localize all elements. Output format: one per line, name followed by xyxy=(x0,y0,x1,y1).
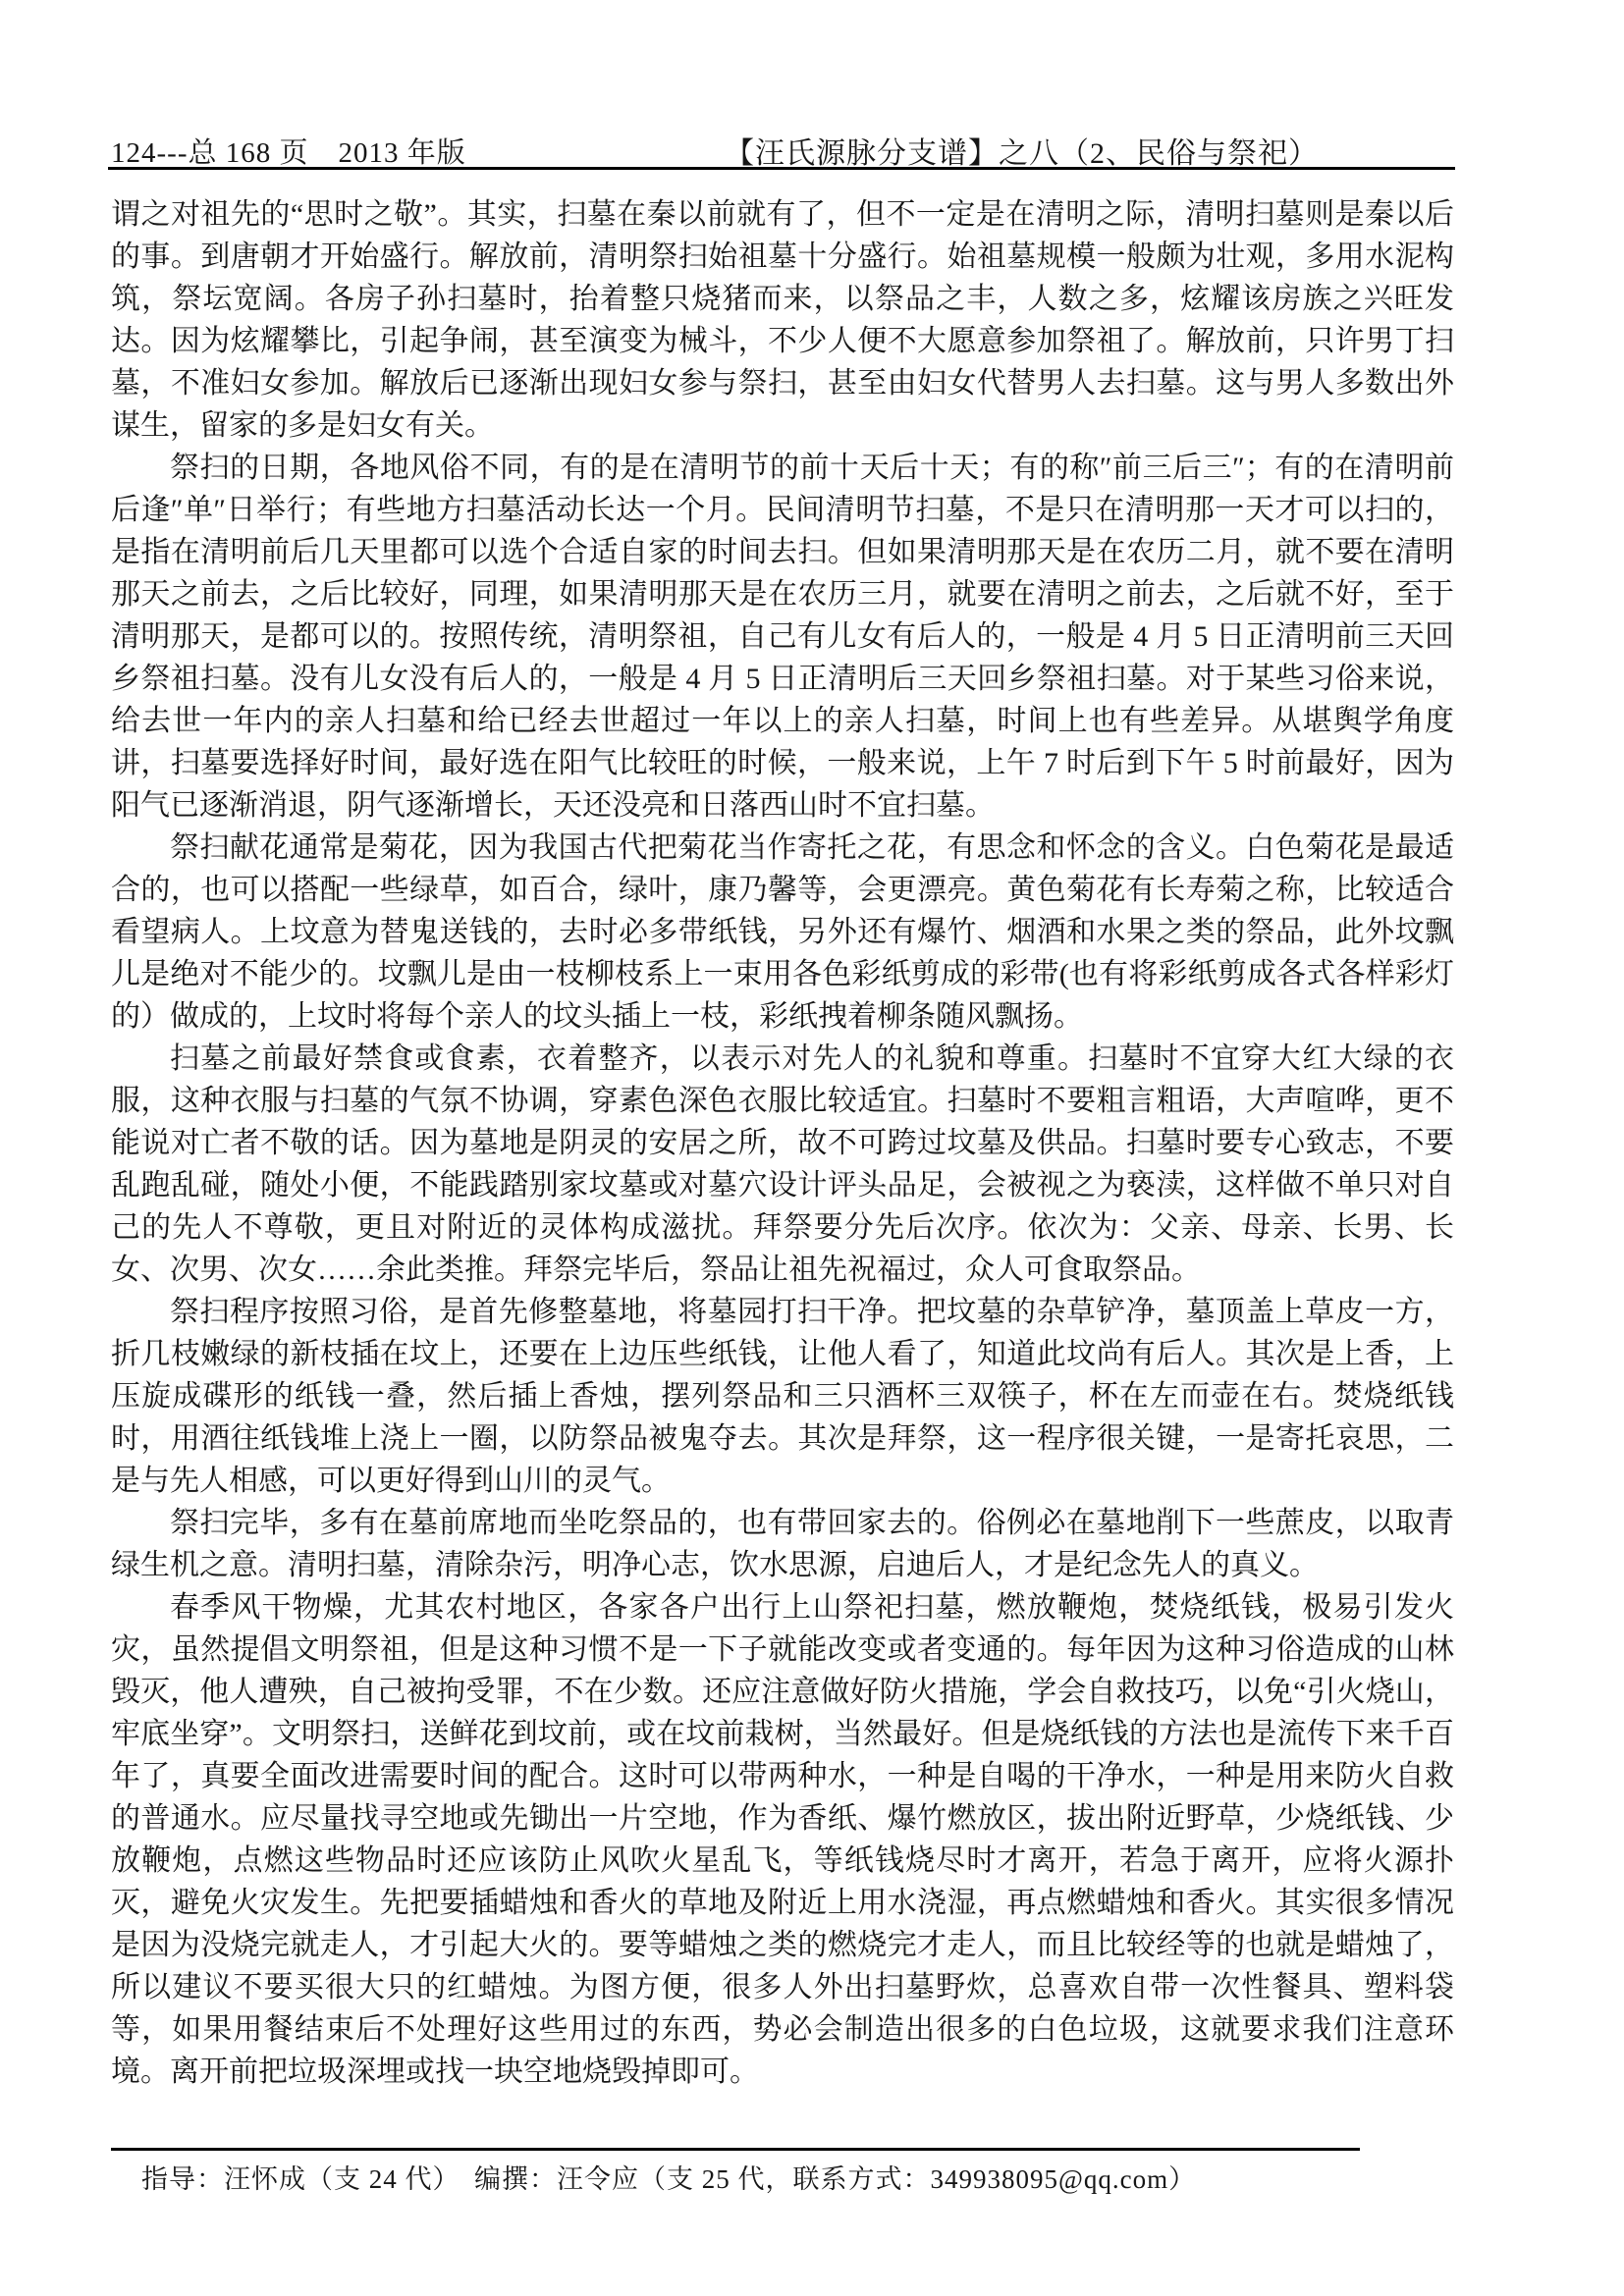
footer-divider xyxy=(111,2148,1360,2151)
document-page: 124---总 168 页 2013 年版 【汪氏源脉分支谱】之八（2、民俗与祭… xyxy=(0,0,1624,2296)
paragraph-continuation: 谓之对祖先的“思时之敬”。其实，扫墓在秦以前就有了，但不一定是在清明之际，清明扫… xyxy=(111,193,1454,447)
document-body: 谓之对祖先的“思时之敬”。其实，扫墓在秦以前就有了，但不一定是在清明之际，清明扫… xyxy=(111,193,1454,2093)
paragraph-after-sweep: 祭扫完毕，多有在墓前席地而坐吃祭品的，也有带回家去的。俗例必在墓地削下一些蔗皮，… xyxy=(111,1502,1454,1586)
header-divider xyxy=(108,167,1455,170)
paragraph-etiquette: 扫墓之前最好禁食或食素，衣着整齐，以表示对先人的礼貌和尊重。扫墓时不宜穿大红大绿… xyxy=(111,1038,1454,1291)
paragraph-sweep-dates: 祭扫的日期，各地风俗不同，有的是在清明节的前十天后十天；有的称″前三后三″；有的… xyxy=(111,447,1454,827)
page-title: 【汪氏源脉分支谱】之八（2、民俗与祭祀） xyxy=(725,129,1319,172)
page-number-and-edition: 124---总 168 页 2013 年版 xyxy=(111,131,466,171)
footer-credits: 指导：汪怀成（支 24 代） 编撰：汪令应（支 25 代，联系方式：349938… xyxy=(141,2158,1196,2196)
paragraph-procedure: 祭扫程序按照习俗，是首先修整墓地，将墓园打扫干净。把坟墓的杂草铲净，墓顶盖上草皮… xyxy=(111,1291,1454,1502)
paragraph-flowers-offerings: 祭扫献花通常是菊花，因为我国古代把菊花当作寄托之花，有思念和怀念的含义。白色菊花… xyxy=(111,827,1454,1038)
paragraph-fire-safety: 春季风干物燥，尤其农村地区，各家各户出行上山祭祀扫墓，燃放鞭炮，焚烧纸钱，极易引… xyxy=(111,1586,1454,2093)
